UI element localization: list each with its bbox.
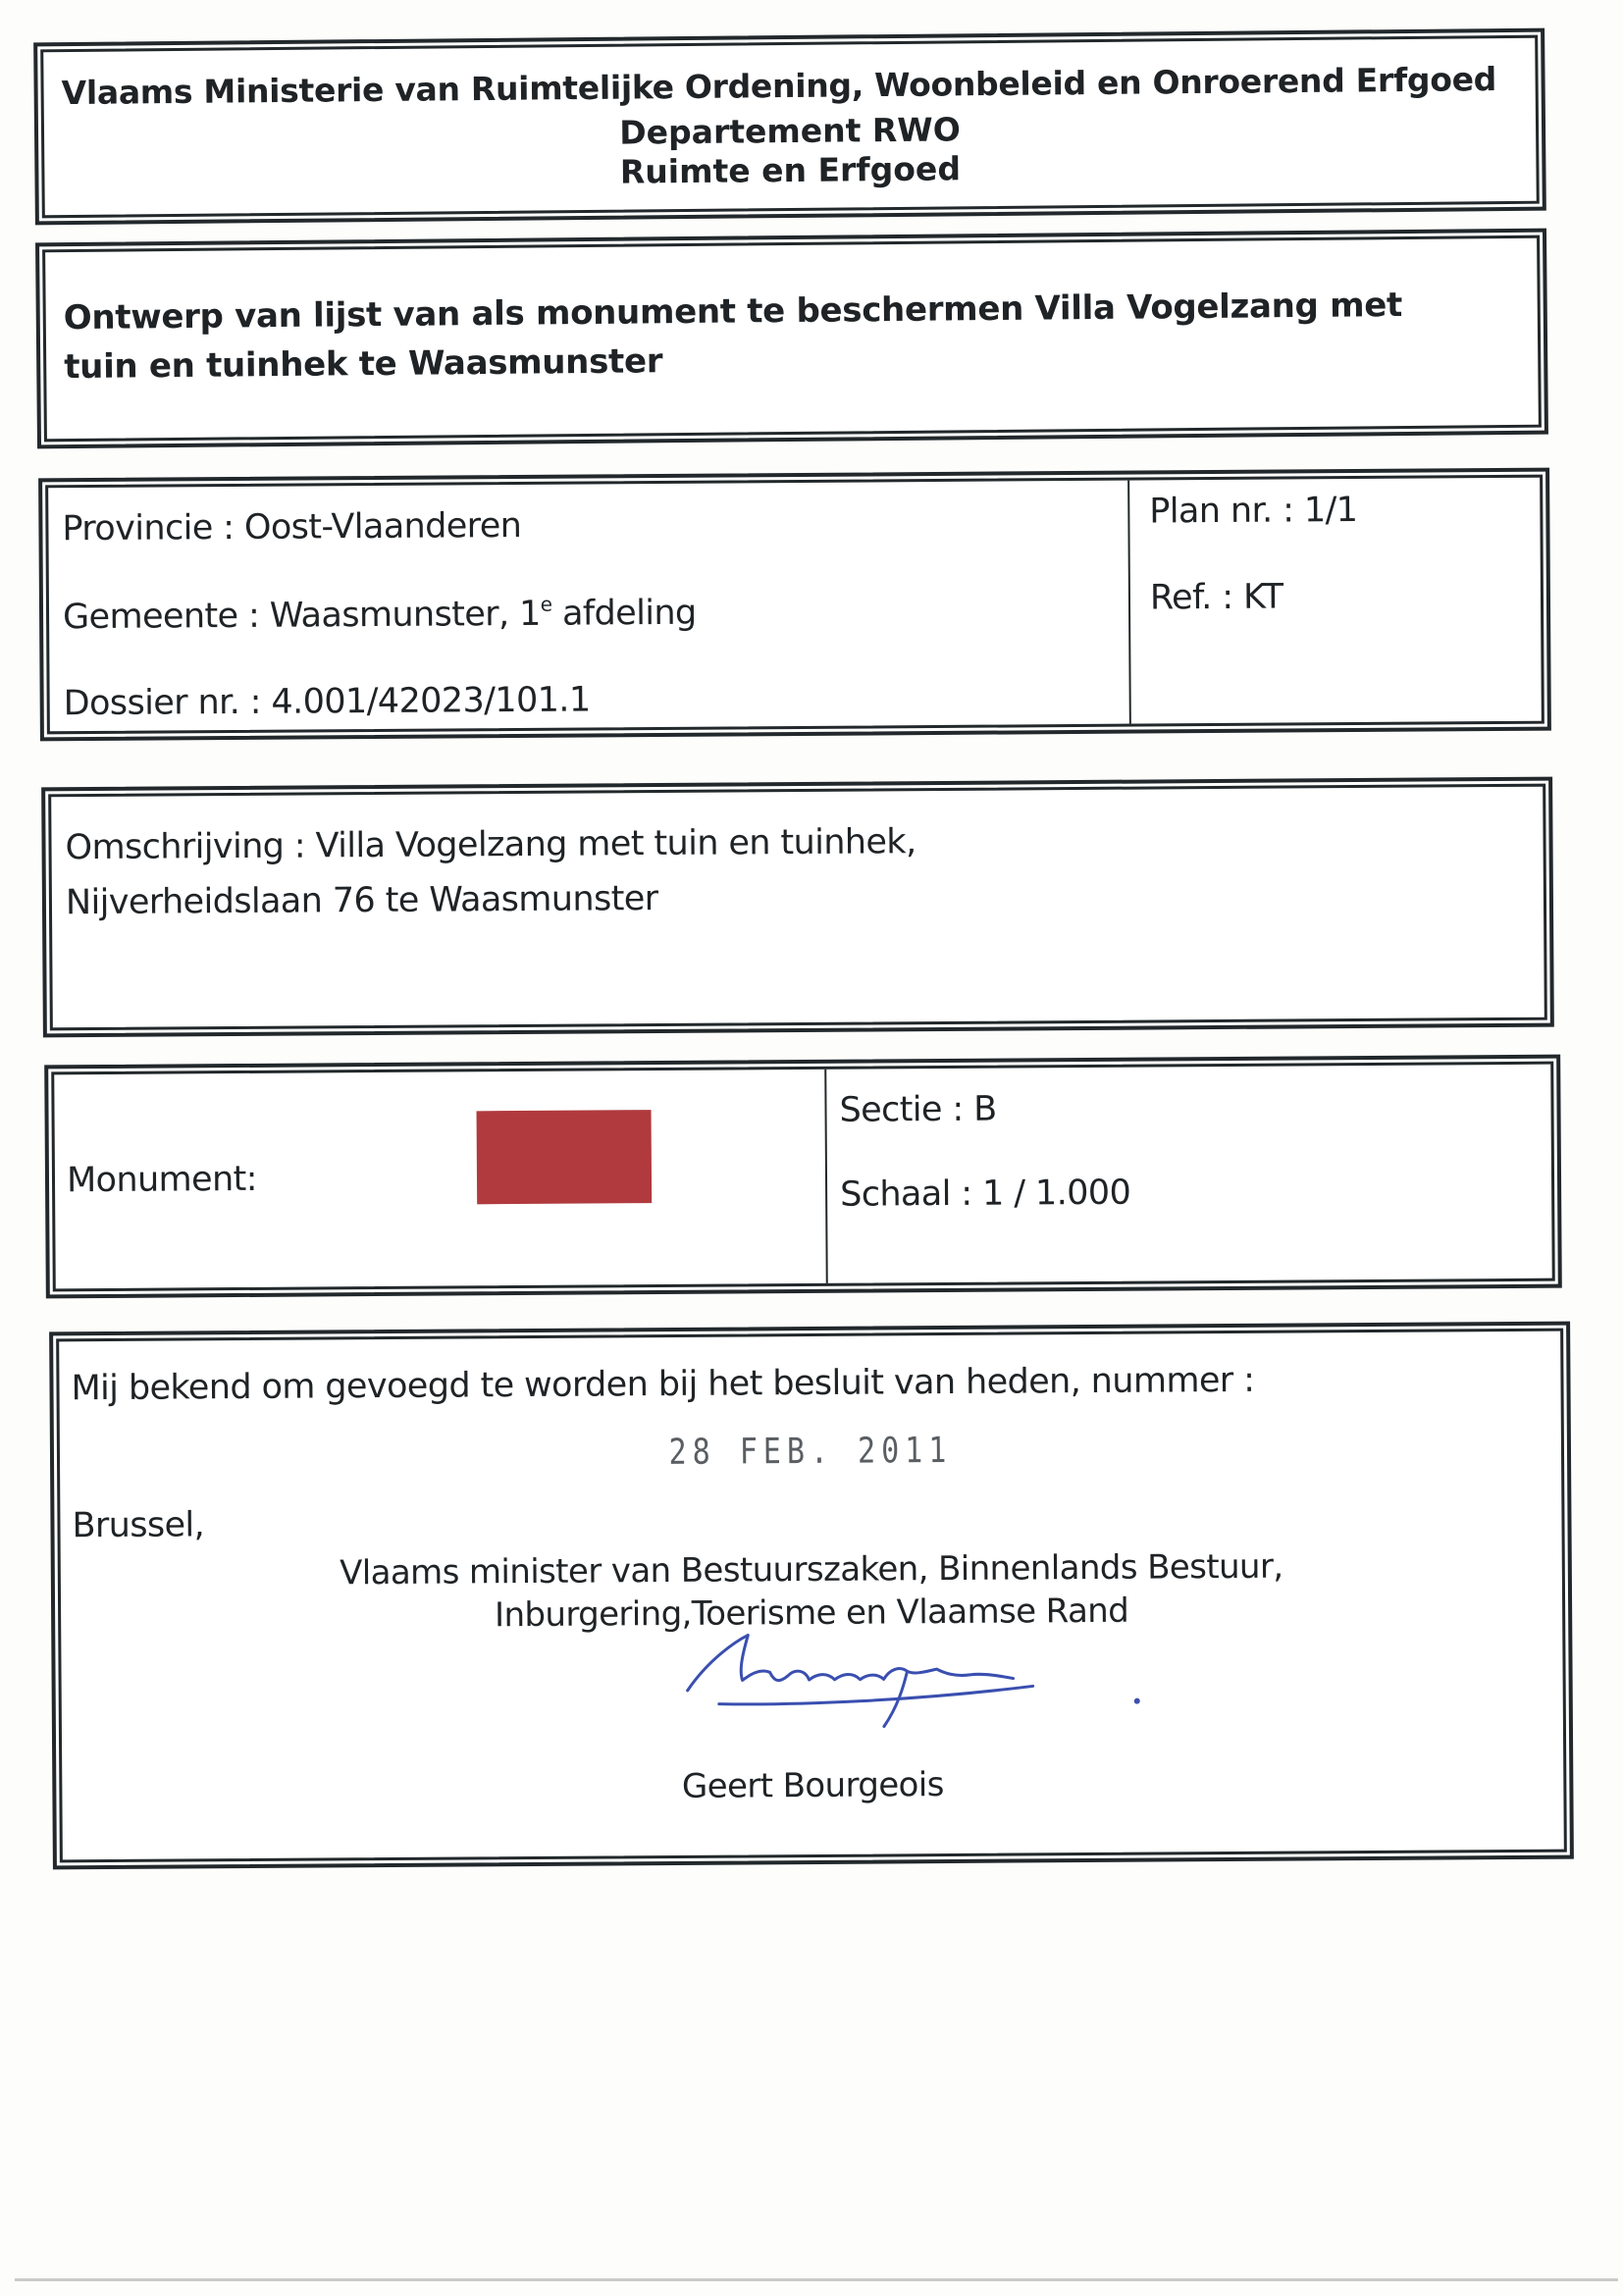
monument-legend-swatch (477, 1110, 653, 1204)
ref-label: Ref. : (1150, 578, 1233, 618)
sectie-label: Sectie : (839, 1090, 963, 1130)
ref-field: Ref. : KT (1150, 578, 1283, 618)
sectie-field: Sectie : B (839, 1090, 996, 1130)
gemeente-label: Gemeente : (63, 597, 259, 637)
date-stamp: 28 FEB. 2011 (60, 1426, 1561, 1478)
ministry-header-box: Vlaams Ministerie van Ruimtelijke Ordeni… (33, 28, 1546, 226)
gemeente-value: Waasmunster, 1 (270, 595, 541, 636)
info-divider (1127, 481, 1131, 724)
minister-title-line-1: Vlaams minister van Bestuurszaken, Binne… (61, 1545, 1562, 1595)
ministry-name: Vlaams Ministerie van Ruimtelijke Ordeni… (61, 60, 1496, 112)
signatory-name: Geert Bourgeois (62, 1761, 1563, 1811)
gemeente-field: Gemeente : Waasmunster, 1e afdeling (63, 592, 697, 638)
dossier-field: Dossier nr. : 4.001/42023/101.1 (64, 680, 591, 723)
dossier-value: 4.001/42023/101.1 (271, 680, 590, 721)
plan-field: Plan nr. : 1/1 (1149, 491, 1357, 531)
approval-signature-box: Mij bekend om gevoegd te worden bij het … (49, 1322, 1574, 1870)
location-info-box: Provincie : Oost-Vlaanderen Gemeente : W… (38, 468, 1551, 742)
place: Brussel, (72, 1505, 204, 1545)
plan-value: 1/1 (1304, 491, 1358, 530)
description-label: Omschrijving : (65, 827, 305, 868)
provincie-label: Provincie : (62, 508, 234, 548)
monument-legend-box: Monument: Sectie : B Schaal : 1 / 1.000 (44, 1055, 1562, 1299)
gemeente-superscript: e (541, 593, 552, 616)
provincie-value: Oost-Vlaanderen (244, 506, 522, 548)
schaal-label: Schaal : (840, 1174, 972, 1215)
schaal-value: 1 / 1.000 (982, 1174, 1130, 1214)
handwritten-signature (679, 1627, 1151, 1757)
plan-label: Plan nr. : (1149, 491, 1293, 531)
document-title-box: Ontwerp van lijst van als monument te be… (35, 229, 1548, 449)
ref-value: KT (1243, 578, 1283, 617)
description-text-1: Villa Vogelzang met tuin en tuinhek, (315, 822, 916, 865)
scan-edge-line (15, 2278, 1618, 2281)
provincie-field: Provincie : Oost-Vlaanderen (62, 506, 521, 548)
document-title: Ontwerp van lijst van als monument te be… (64, 280, 1458, 391)
gemeente-suffix: afdeling (562, 594, 697, 634)
description-box: Omschrijving : Villa Vogelzang met tuin … (41, 777, 1554, 1038)
description-line-2: Nijverheidslaan 76 te Waasmunster (66, 879, 658, 922)
dossier-label: Dossier nr. : (64, 683, 261, 723)
monument-label: Monument: (67, 1160, 257, 1200)
sectie-value: B (973, 1090, 997, 1129)
approval-statement: Mij bekend om gevoegd te worden bij het … (71, 1361, 1254, 1408)
description-line-1: Omschrijving : Villa Vogelzang met tuin … (65, 822, 916, 867)
schaal-field: Schaal : 1 / 1.000 (840, 1174, 1130, 1215)
monument-divider (824, 1070, 828, 1283)
